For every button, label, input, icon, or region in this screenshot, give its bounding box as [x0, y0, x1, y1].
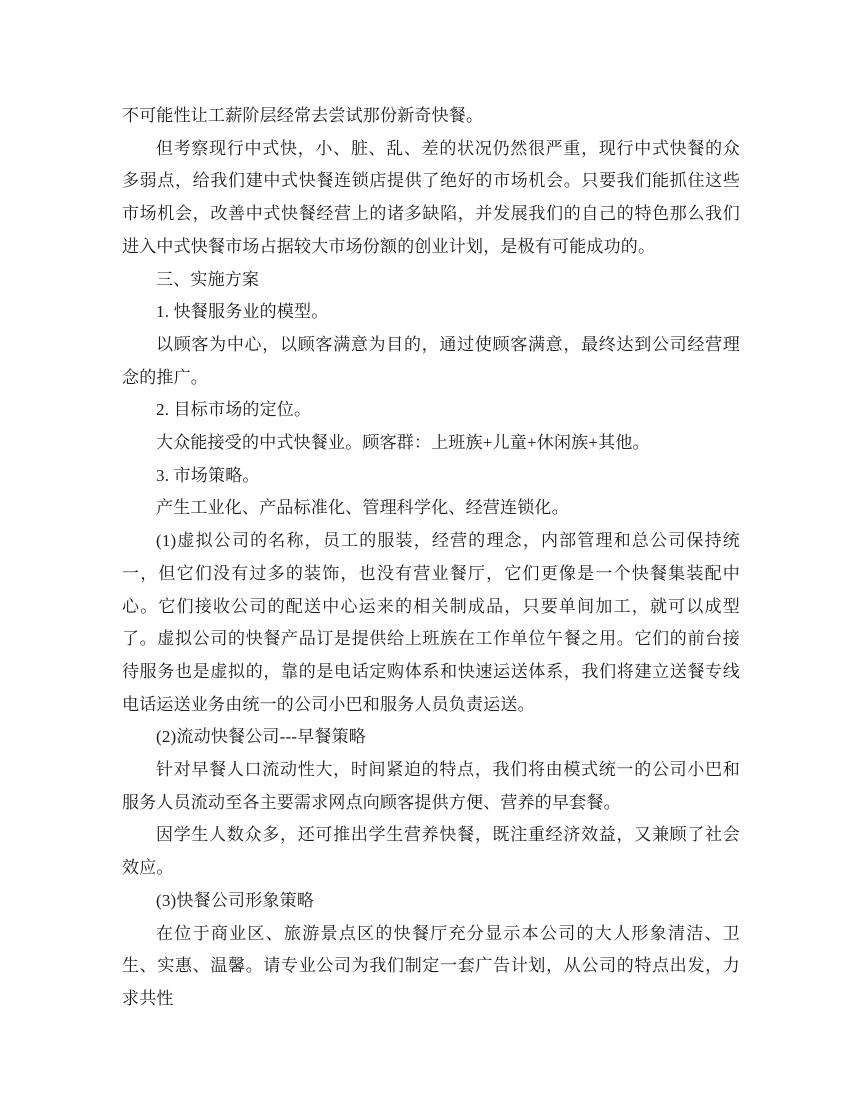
strategy-2-body-breakfast: 针对早餐人口流动性大，时间紧迫的特点，我们将由模式统一的公司小巴和服务人员流动至…: [122, 754, 740, 819]
strategy-1-virtual-company-paragraph: (1)虚拟公司的名称，员工的服装，经营的理念，内部管理和总公司保持统一，但它们没…: [122, 525, 740, 721]
strategy-3-body-company-image: 在位于商业区、旅游景点区的快餐厅充分显示本公司的大人形象清洁、卫生、实惠、温馨。…: [122, 918, 740, 1016]
item-1-body: 以顾客为中心，以顾客满意为目的，通过使顾客满意，最终达到公司经营理念的推广。: [122, 329, 740, 394]
item-3-body: 产生工业化、产品标准化、管理科学化、经营连锁化。: [122, 492, 740, 525]
document-body: 不可能性让工薪阶层经常去尝试那份新奇快餐。 但考察现行中式快，小、脏、乱、差的状…: [122, 100, 740, 1016]
document-page: 不可能性让工薪阶层经常去尝试那份新奇快餐。 但考察现行中式快，小、脏、乱、差的状…: [0, 0, 860, 1099]
item-2-body: 大众能接受的中式快餐业。顾客群：上班族+儿童+休闲族+其他。: [122, 427, 740, 460]
strategy-2-body-students: 因学生人数众多，还可推出学生营养快餐，既注重经济效益，又兼顾了社会效应。: [122, 819, 740, 884]
item-3-heading-market-strategy: 3. 市场策略。: [122, 460, 740, 493]
paragraph-continuation: 不可能性让工薪阶层经常去尝试那份新奇快餐。: [122, 100, 740, 133]
strategy-3-heading-company-image: (3)快餐公司形象策略: [122, 885, 740, 918]
paragraph-market-opportunity: 但考察现行中式快，小、脏、乱、差的状况仍然很严重，现行中式快餐的众多弱点，给我们…: [122, 133, 740, 264]
item-2-heading-target-market: 2. 目标市场的定位。: [122, 394, 740, 427]
strategy-2-heading-breakfast: (2)流动快餐公司---早餐策略: [122, 721, 740, 754]
item-1-heading-service-model: 1. 快餐服务业的模型。: [122, 296, 740, 329]
section-heading-implementation-plan: 三、实施方案: [122, 264, 740, 297]
